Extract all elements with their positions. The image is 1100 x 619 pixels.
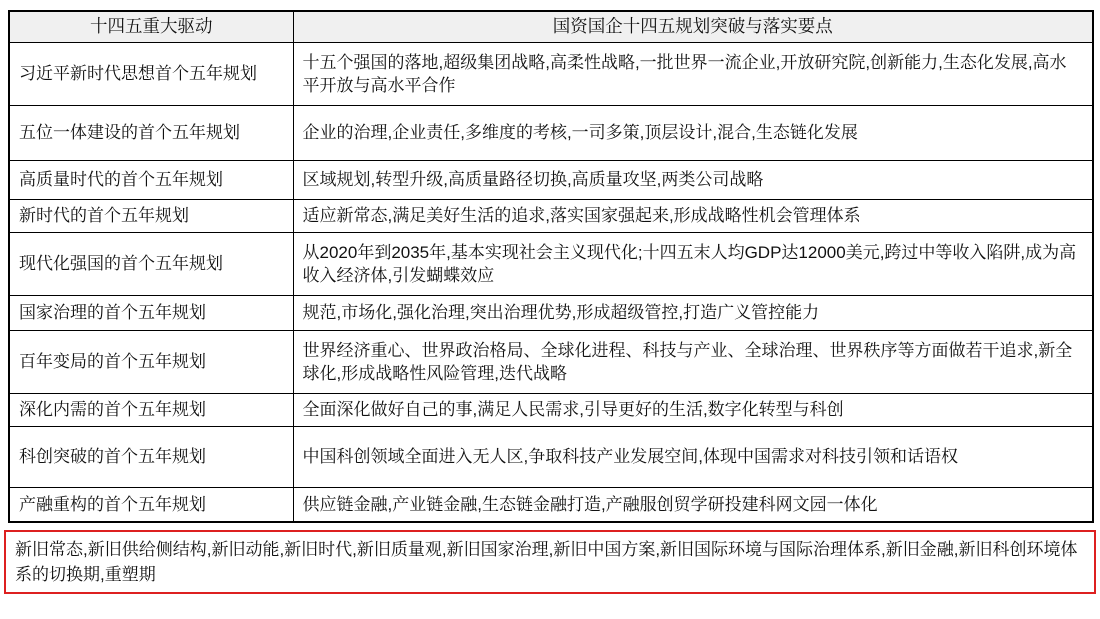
col-header-driver: 十四五重大驱动 bbox=[9, 11, 293, 42]
table-row: 高质量时代的首个五年规划 区域规划,转型升级,高质量路径切换,高质量攻坚,两类公… bbox=[9, 160, 1093, 199]
table-row: 产融重构的首个五年规划 供应链金融,产业链金融,生态链金融打造,产融服创贸学研投… bbox=[9, 487, 1093, 522]
points-cell: 区域规划,转型升级,高质量路径切换,高质量攻坚,两类公司战略 bbox=[293, 160, 1093, 199]
table-header-row: 十四五重大驱动 国资国企十四五规划突破与落实要点 bbox=[9, 11, 1093, 42]
driver-cell: 五位一体建设的首个五年规划 bbox=[9, 105, 293, 160]
driver-cell: 现代化强国的首个五年规划 bbox=[9, 232, 293, 295]
driver-cell: 新时代的首个五年规划 bbox=[9, 199, 293, 232]
driver-cell: 百年变局的首个五年规划 bbox=[9, 330, 293, 393]
driver-cell: 产融重构的首个五年规划 bbox=[9, 487, 293, 522]
driver-cell: 习近平新时代思想首个五年规划 bbox=[9, 42, 293, 105]
points-cell: 全面深化做好自己的事,满足人民需求,引导更好的生活,数字化转型与科创 bbox=[293, 393, 1093, 426]
table-row: 现代化强国的首个五年规划 从2020年到2035年,基本实现社会主义现代化;十四… bbox=[9, 232, 1093, 295]
driver-cell: 国家治理的首个五年规划 bbox=[9, 295, 293, 330]
table-row: 习近平新时代思想首个五年规划 十五个强国的落地,超级集团战略,高柔性战略,一批世… bbox=[9, 42, 1093, 105]
points-cell: 十五个强国的落地,超级集团战略,高柔性战略,一批世界一流企业,开放研究院,创新能… bbox=[293, 42, 1093, 105]
points-cell: 企业的治理,企业责任,多维度的考核,一司多策,顶层设计,混合,生态链化发展 bbox=[293, 105, 1093, 160]
points-cell: 适应新常态,满足美好生活的追求,落实国家强起来,形成战略性机会管理体系 bbox=[293, 199, 1093, 232]
table-row: 国家治理的首个五年规划 规范,市场化,强化治理,突出治理优势,形成超级管控,打造… bbox=[9, 295, 1093, 330]
document-page: 十四五重大驱动 国资国企十四五规划突破与落实要点 习近平新时代思想首个五年规划 … bbox=[0, 0, 1100, 619]
table-row: 新时代的首个五年规划 适应新常态,满足美好生活的追求,落实国家强起来,形成战略性… bbox=[9, 199, 1093, 232]
table-row: 五位一体建设的首个五年规划 企业的治理,企业责任,多维度的考核,一司多策,顶层设… bbox=[9, 105, 1093, 160]
points-cell: 规范,市场化,强化治理,突出治理优势,形成超级管控,打造广义管控能力 bbox=[293, 295, 1093, 330]
table-row: 深化内需的首个五年规划 全面深化做好自己的事,满足人民需求,引导更好的生活,数字… bbox=[9, 393, 1093, 426]
table-row: 科创突破的首个五年规划 中国科创领域全面进入无人区,争取科技产业发展空间,体现中… bbox=[9, 426, 1093, 487]
points-cell: 供应链金融,产业链金融,生态链金融打造,产融服创贸学研投建科网文园一体化 bbox=[293, 487, 1093, 522]
table-row: 百年变局的首个五年规划 世界经济重心、世界政治格局、全球化进程、科技与产业、全球… bbox=[9, 330, 1093, 393]
points-cell: 中国科创领域全面进入无人区,争取科技产业发展空间,体现中国需求对科技引领和话语权 bbox=[293, 426, 1093, 487]
driver-cell: 高质量时代的首个五年规划 bbox=[9, 160, 293, 199]
driver-cell: 科创突破的首个五年规划 bbox=[9, 426, 293, 487]
col-header-points: 国资国企十四五规划突破与落实要点 bbox=[293, 11, 1093, 42]
points-cell: 从2020年到2035年,基本实现社会主义现代化;十四五末人均GDP达12000… bbox=[293, 232, 1093, 295]
driver-cell: 深化内需的首个五年规划 bbox=[9, 393, 293, 426]
highlighted-summary-note: 新旧常态,新旧供给侧结构,新旧动能,新旧时代,新旧质量观,新旧国家治理,新旧中国… bbox=[4, 530, 1096, 594]
points-cell: 世界经济重心、世界政治格局、全球化进程、科技与产业、全球治理、世界秩序等方面做若… bbox=[293, 330, 1093, 393]
planning-table: 十四五重大驱动 国资国企十四五规划突破与落实要点 习近平新时代思想首个五年规划 … bbox=[8, 10, 1094, 523]
